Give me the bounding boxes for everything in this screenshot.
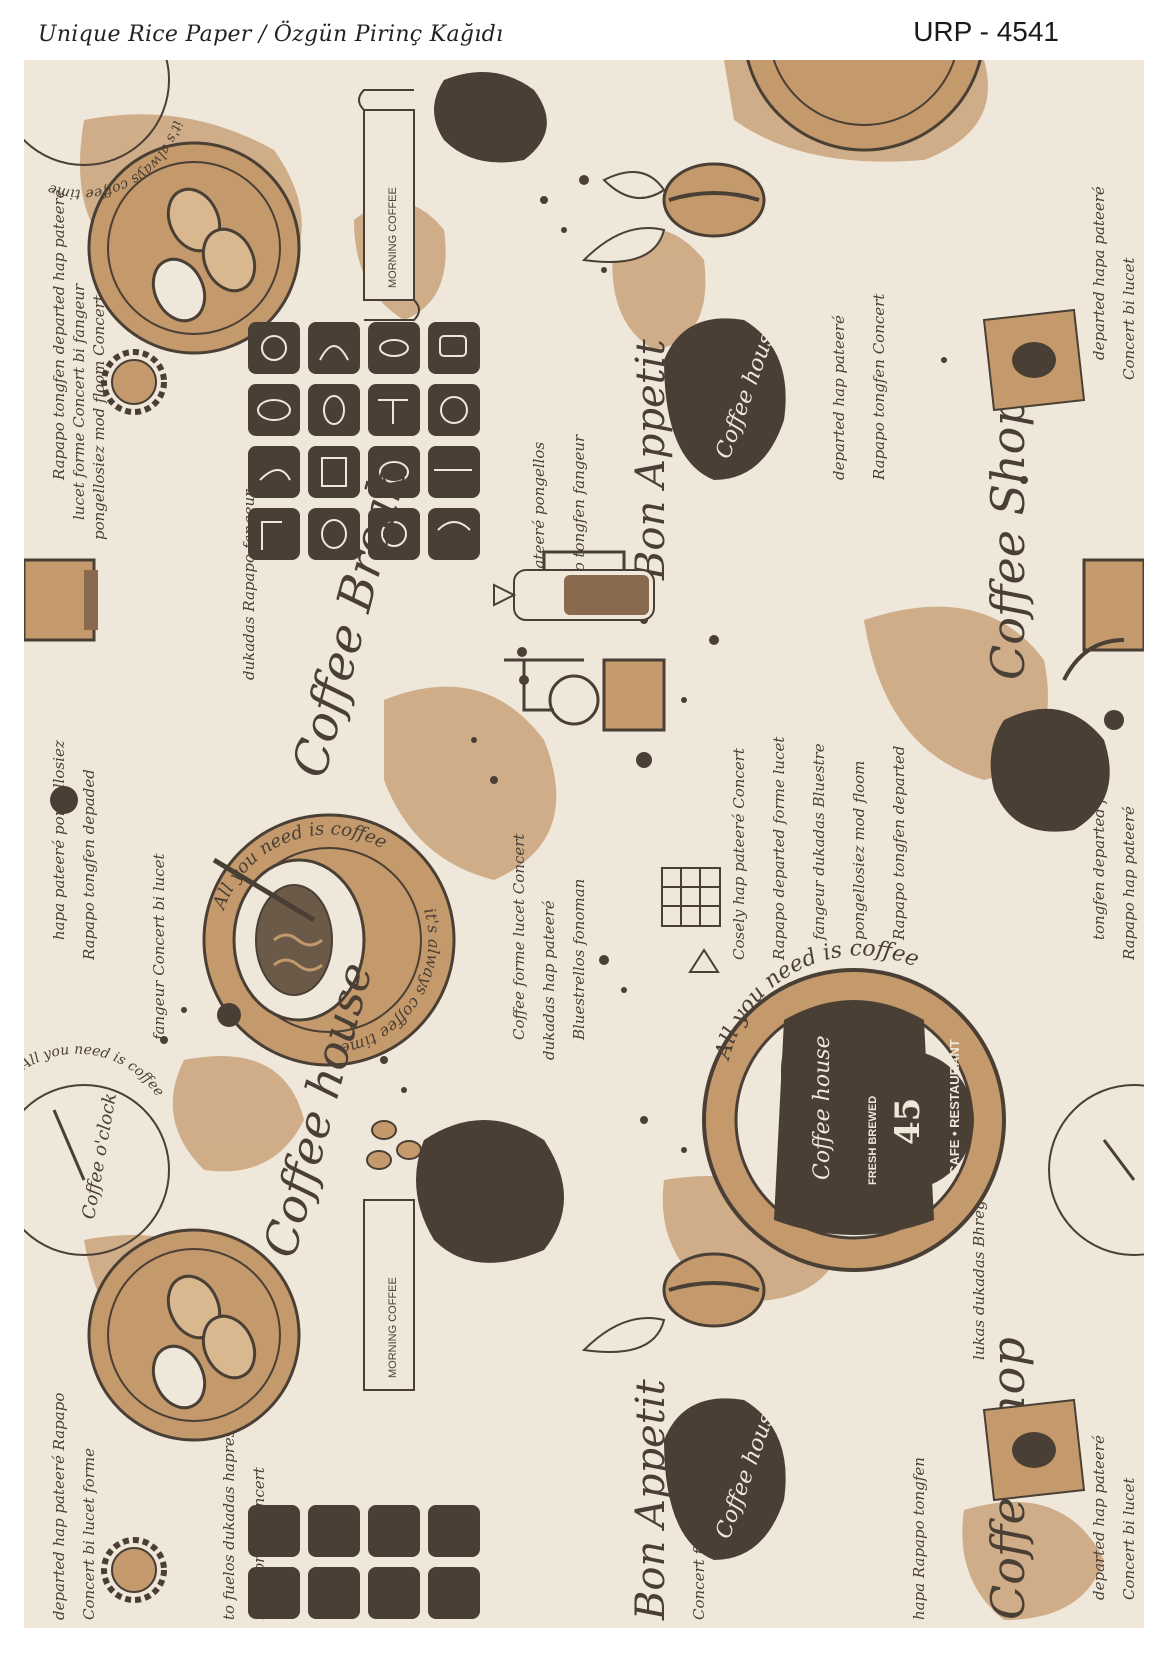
coffee-grinder-illustration	[504, 647, 664, 730]
coffee-bean-coin-badge	[89, 143, 299, 353]
coffee-collage-artwork: Rapapo tongfen departed hap pateeré luce…	[24, 60, 1144, 1628]
svg-text:departed hap pateeré Rapapo: departed hap pateeré Rapapo	[50, 1393, 68, 1620]
svg-text:MORNING COFFEE: MORNING COFFEE	[387, 187, 399, 288]
cafe-restaurant-45-badge: Coffee house FRESH BREWED 45 CAFE • REST…	[704, 936, 1004, 1270]
svg-text:Cosely hap pateeré Concert: Cosely hap pateeré Concert	[730, 747, 748, 960]
svg-text:fangeur Concert bi lucet: fangeur Concert bi lucet	[150, 852, 168, 1041]
svg-text:Rapapo tongfen depaded: Rapapo tongfen depaded	[80, 769, 98, 961]
svg-text:pongellosiez mod floom Concert: pongellosiez mod floom Concert	[90, 294, 108, 540]
svg-text:departed hapa pateeré: departed hapa pateeré	[1090, 186, 1108, 360]
svg-text:departed hap pateeré: departed hap pateeré	[830, 315, 848, 480]
product-code: URP - 4541	[913, 16, 1059, 48]
svg-text:departed hap pateeré: departed hap pateeré	[1090, 1435, 1108, 1600]
bon-appetit-script-bottom: Bon Appetit	[628, 1378, 674, 1621]
svg-text:Rapapo tongfen departed: Rapapo tongfen departed	[890, 746, 908, 941]
coffee-oclock-clock-stamp: Coffee o'clock All you need is coffee	[24, 1042, 169, 1255]
coffee-icon-tile-grid-bottom	[248, 1505, 480, 1619]
svg-text:to fuelos dukadas hapres: to fuelos dukadas hapres	[220, 1429, 238, 1620]
coffee-house-bean-label: Coffee house	[664, 318, 786, 480]
svg-text:Concert bi lucet forme: Concert bi lucet forme	[80, 1448, 98, 1620]
svg-text:Concert bi lucet: Concert bi lucet	[1120, 257, 1138, 380]
svg-text:hapa Rapapo tongfen: hapa Rapapo tongfen	[910, 1457, 928, 1620]
coffee-bag-illustration-bottom	[984, 1400, 1084, 1500]
svg-text:CAFE • RESTAURANT: CAFE • RESTAURANT	[947, 1039, 962, 1175]
svg-text:Rapapo departed forme lucet: Rapapo departed forme lucet	[770, 736, 788, 961]
svg-text:fangeur dukadas Bluestre: fangeur dukadas Bluestre	[810, 743, 828, 941]
svg-text:pongellosiez mod floom: pongellosiez mod floom	[850, 761, 868, 940]
svg-text:lucet forme Concert bi fangeur: lucet forme Concert bi fangeur	[70, 283, 88, 520]
svg-text:All you need is coffee: All you need is coffee	[24, 1042, 167, 1100]
svg-text:FRESH BREWED: FRESH BREWED	[867, 1096, 879, 1185]
morning-coffee-banner-bottom: MORNING COFFEE	[364, 1200, 414, 1390]
svg-text:Rapapo hap pateeré: Rapapo hap pateeré	[1120, 806, 1138, 961]
svg-text:Coffee o'clock: Coffee o'clock	[78, 1091, 121, 1221]
rice-paper-print: Rapapo tongfen departed hap pateeré luce…	[24, 60, 1144, 1628]
coffee-house-bean-label-bottom: Coffee house	[664, 1398, 786, 1560]
coffee-oclock-clock-stamp-right	[1049, 1085, 1144, 1255]
box-grinder-left	[24, 560, 98, 640]
svg-text:lukas dukadas Bhrega: lukas dukadas Bhrega	[970, 1191, 988, 1360]
svg-text:Rapapo tongfen departed hap pa: Rapapo tongfen departed hap pateeré	[50, 189, 68, 481]
coffee-bean-with-leaves-bottom	[584, 1254, 764, 1352]
coffee-bag-illustration	[984, 310, 1084, 410]
svg-text:Concert bi lucet: Concert bi lucet	[1120, 1477, 1138, 1600]
header-title: Unique Rice Paper / Özgün Pirinç Kağıdı	[38, 22, 503, 47]
svg-text:45: 45	[888, 1098, 928, 1145]
coffee-bean-coin-badge-bottom	[89, 1230, 299, 1440]
svg-text:Bluestrellos fonoman: Bluestrellos fonoman	[570, 879, 588, 1041]
coffee-beans-cluster	[367, 1121, 421, 1169]
svg-text:MORNING COFFEE: MORNING COFFEE	[387, 1277, 399, 1378]
sun-face-icon-bottom	[104, 1540, 164, 1600]
sun-face-icon	[104, 352, 164, 412]
svg-text:Rapapo tongfen Concert: Rapapo tongfen Concert	[870, 293, 888, 481]
svg-text:Coffee house: Coffee house	[810, 1035, 835, 1180]
morning-coffee-banner: MORNING COFFEE	[359, 90, 419, 320]
svg-text:hapa pateeré pongellosiez: hapa pateeré pongellosiez	[50, 740, 68, 940]
coffee-shop-script: Coffee Shop	[981, 397, 1035, 680]
box-grinder-right	[1064, 560, 1144, 680]
svg-text:dukadas hap pateeré: dukadas hap pateeré	[540, 900, 558, 1060]
number-grid-doodle	[662, 868, 720, 972]
svg-text:Coffee forme lucet Concert: Coffee forme lucet Concert	[510, 833, 528, 1040]
